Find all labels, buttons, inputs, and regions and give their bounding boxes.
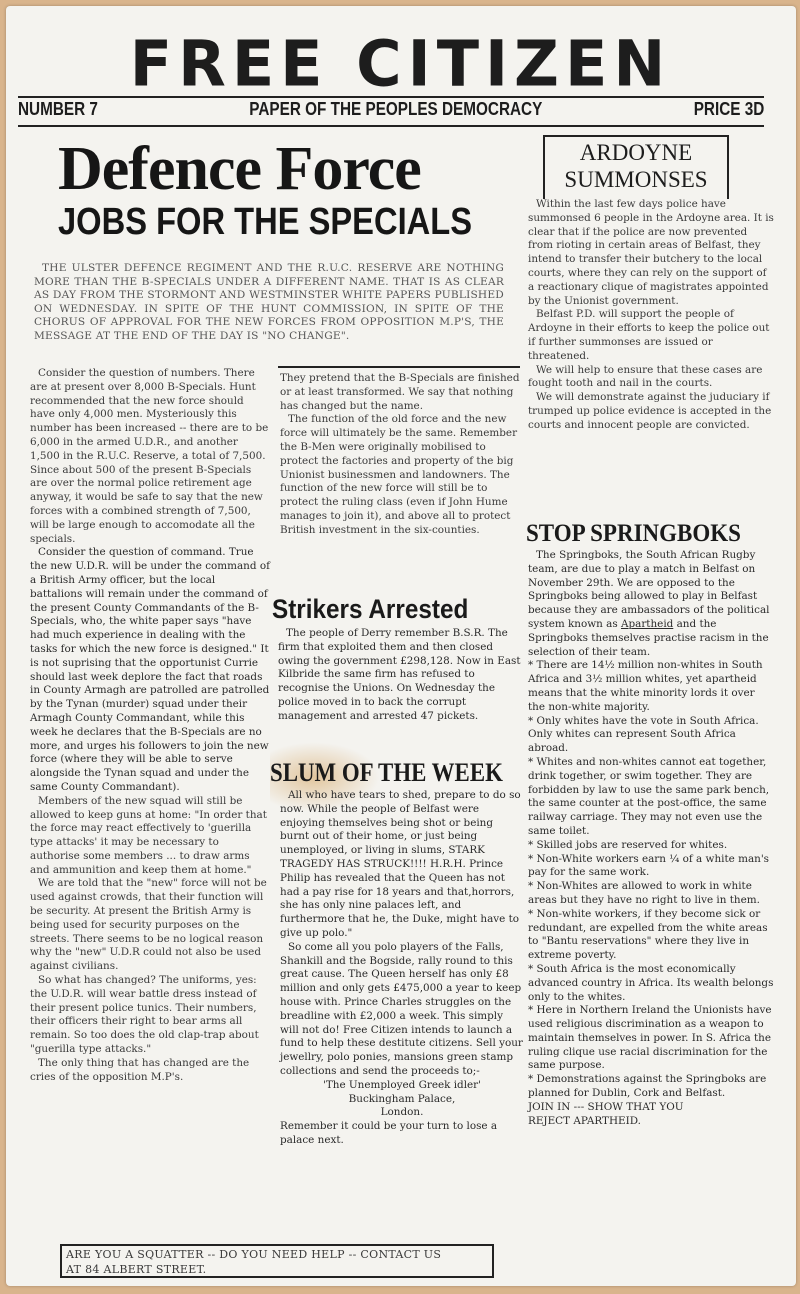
tagline: PAPER OF THE PEOPLES DEMOCRACY	[249, 99, 542, 123]
lead-subheadline: JOBS FOR THE SPECIALS	[58, 200, 472, 244]
springboks-headline: STOP SPRINGBOKS	[526, 520, 741, 548]
strikers-body: The people of Derry remember B.S.R. The …	[278, 627, 522, 724]
strikers-para: The people of Derry remember B.S.R. The …	[278, 627, 522, 724]
ardoyne-headline-line1: ARDOYNE	[545, 139, 727, 166]
ardoyne-headline-line2: SUMMONSES	[545, 166, 727, 193]
ardoyne-para: We will help to ensure that these cases …	[528, 364, 774, 392]
squatter-notice-box: ARE YOU A SQUATTER -- DO YOU NEED HELP -…	[60, 1244, 494, 1278]
masthead-rule-bottom	[18, 125, 764, 127]
lead-column-1: Consider the question of numbers. There …	[30, 367, 270, 1084]
springboks-bullet: * Whites and non-whites cannot eat toget…	[528, 756, 774, 839]
springboks-bullet: * There are 14½ million non-whites in So…	[528, 659, 774, 714]
lead-col1-para: Consider the question of command. True t…	[30, 546, 270, 794]
lead-col2-para: They pretend that the B-Specials are fin…	[280, 372, 520, 413]
issue-number: NUMBER 7	[18, 99, 98, 123]
springboks-closing-line: JOIN IN --- SHOW THAT YOU	[528, 1101, 774, 1115]
column-divider-rule	[278, 366, 520, 368]
price: PRICE 3D	[694, 99, 765, 123]
springboks-closing-line: REJECT APARTHEID.	[528, 1115, 774, 1129]
lead-intro: THE ULSTER DEFENCE REGIMENT AND THE R.U.…	[34, 262, 504, 344]
ardoyne-body: Within the last few days police have sum…	[528, 198, 774, 433]
springboks-bullet: * Non-White workers earn ¼ of a white ma…	[528, 853, 774, 881]
springboks-bullet: * Non-white workers, if they become sick…	[528, 908, 774, 963]
slum-address-line: Buckingham Palace,	[280, 1093, 524, 1107]
lead-column-2: They pretend that the B-Specials are fin…	[280, 372, 520, 538]
slum-address-line: London.	[280, 1106, 524, 1120]
springboks-bullet: * Here in Northern Ireland the Unionists…	[528, 1004, 774, 1073]
slum-closing: Remember it could be your turn to lose a…	[280, 1120, 524, 1148]
lead-col1-para: So what has changed? The uniforms, yes: …	[30, 974, 270, 1057]
lead-col1-para: Members of the new squad will still be a…	[30, 795, 270, 878]
squatter-line: AT 84 ALBERT STREET.	[66, 1262, 488, 1277]
lead-col1-para: The only thing that has changed are the …	[30, 1057, 270, 1085]
springboks-bullet: * Skilled jobs are reserved for whites.	[528, 839, 774, 853]
lead-col1-para: Consider the question of numbers. There …	[30, 367, 270, 546]
ardoyne-para: We will demonstrate against the juduciar…	[528, 391, 774, 432]
springboks-bullet: * Only whites have the vote in South Afr…	[528, 715, 774, 756]
lead-col1-para: We are told that the "new" force will no…	[30, 877, 270, 974]
ardoyne-para: Belfast P.D. will support the people of …	[528, 308, 774, 363]
lead-col2-para: The function of the old force and the ne…	[280, 413, 520, 537]
springboks-bullet: * Demonstrations against the Springboks …	[528, 1073, 774, 1101]
masthead-title: FREE CITIZEN	[38, 33, 763, 94]
ardoyne-para: Within the last few days police have sum…	[528, 198, 774, 308]
ardoyne-headline-box: ARDOYNE SUMMONSES	[543, 135, 729, 199]
springboks-bullet: * South Africa is the most economically …	[528, 963, 774, 1004]
slum-para: So come all you polo players of the Fall…	[280, 941, 524, 1079]
springboks-body: The Springboks, the South African Rugby …	[528, 549, 774, 1128]
squatter-line: ARE YOU A SQUATTER -- DO YOU NEED HELP -…	[66, 1247, 488, 1262]
masthead-subbar: NUMBER 7 PAPER OF THE PEOPLES DEMOCRACY …	[18, 99, 764, 123]
slum-body: All who have tears to shed, prepare to d…	[280, 789, 524, 1148]
slum-address-line: 'The Unemployed Greek idler'	[280, 1079, 524, 1093]
lead-headline: Defence Force	[58, 138, 468, 200]
springboks-bullet: * Non-Whites are allowed to work in whit…	[528, 880, 774, 908]
slum-headline: SLUM OF THE WEEK	[270, 758, 503, 788]
apartheid-underlined: Apartheid	[621, 618, 673, 630]
masthead-rule-top	[18, 96, 764, 98]
strikers-headline: Strikers Arrested	[272, 594, 468, 624]
springboks-intro: The Springboks, the South African Rugby …	[528, 549, 774, 659]
slum-para: All who have tears to shed, prepare to d…	[280, 789, 524, 941]
